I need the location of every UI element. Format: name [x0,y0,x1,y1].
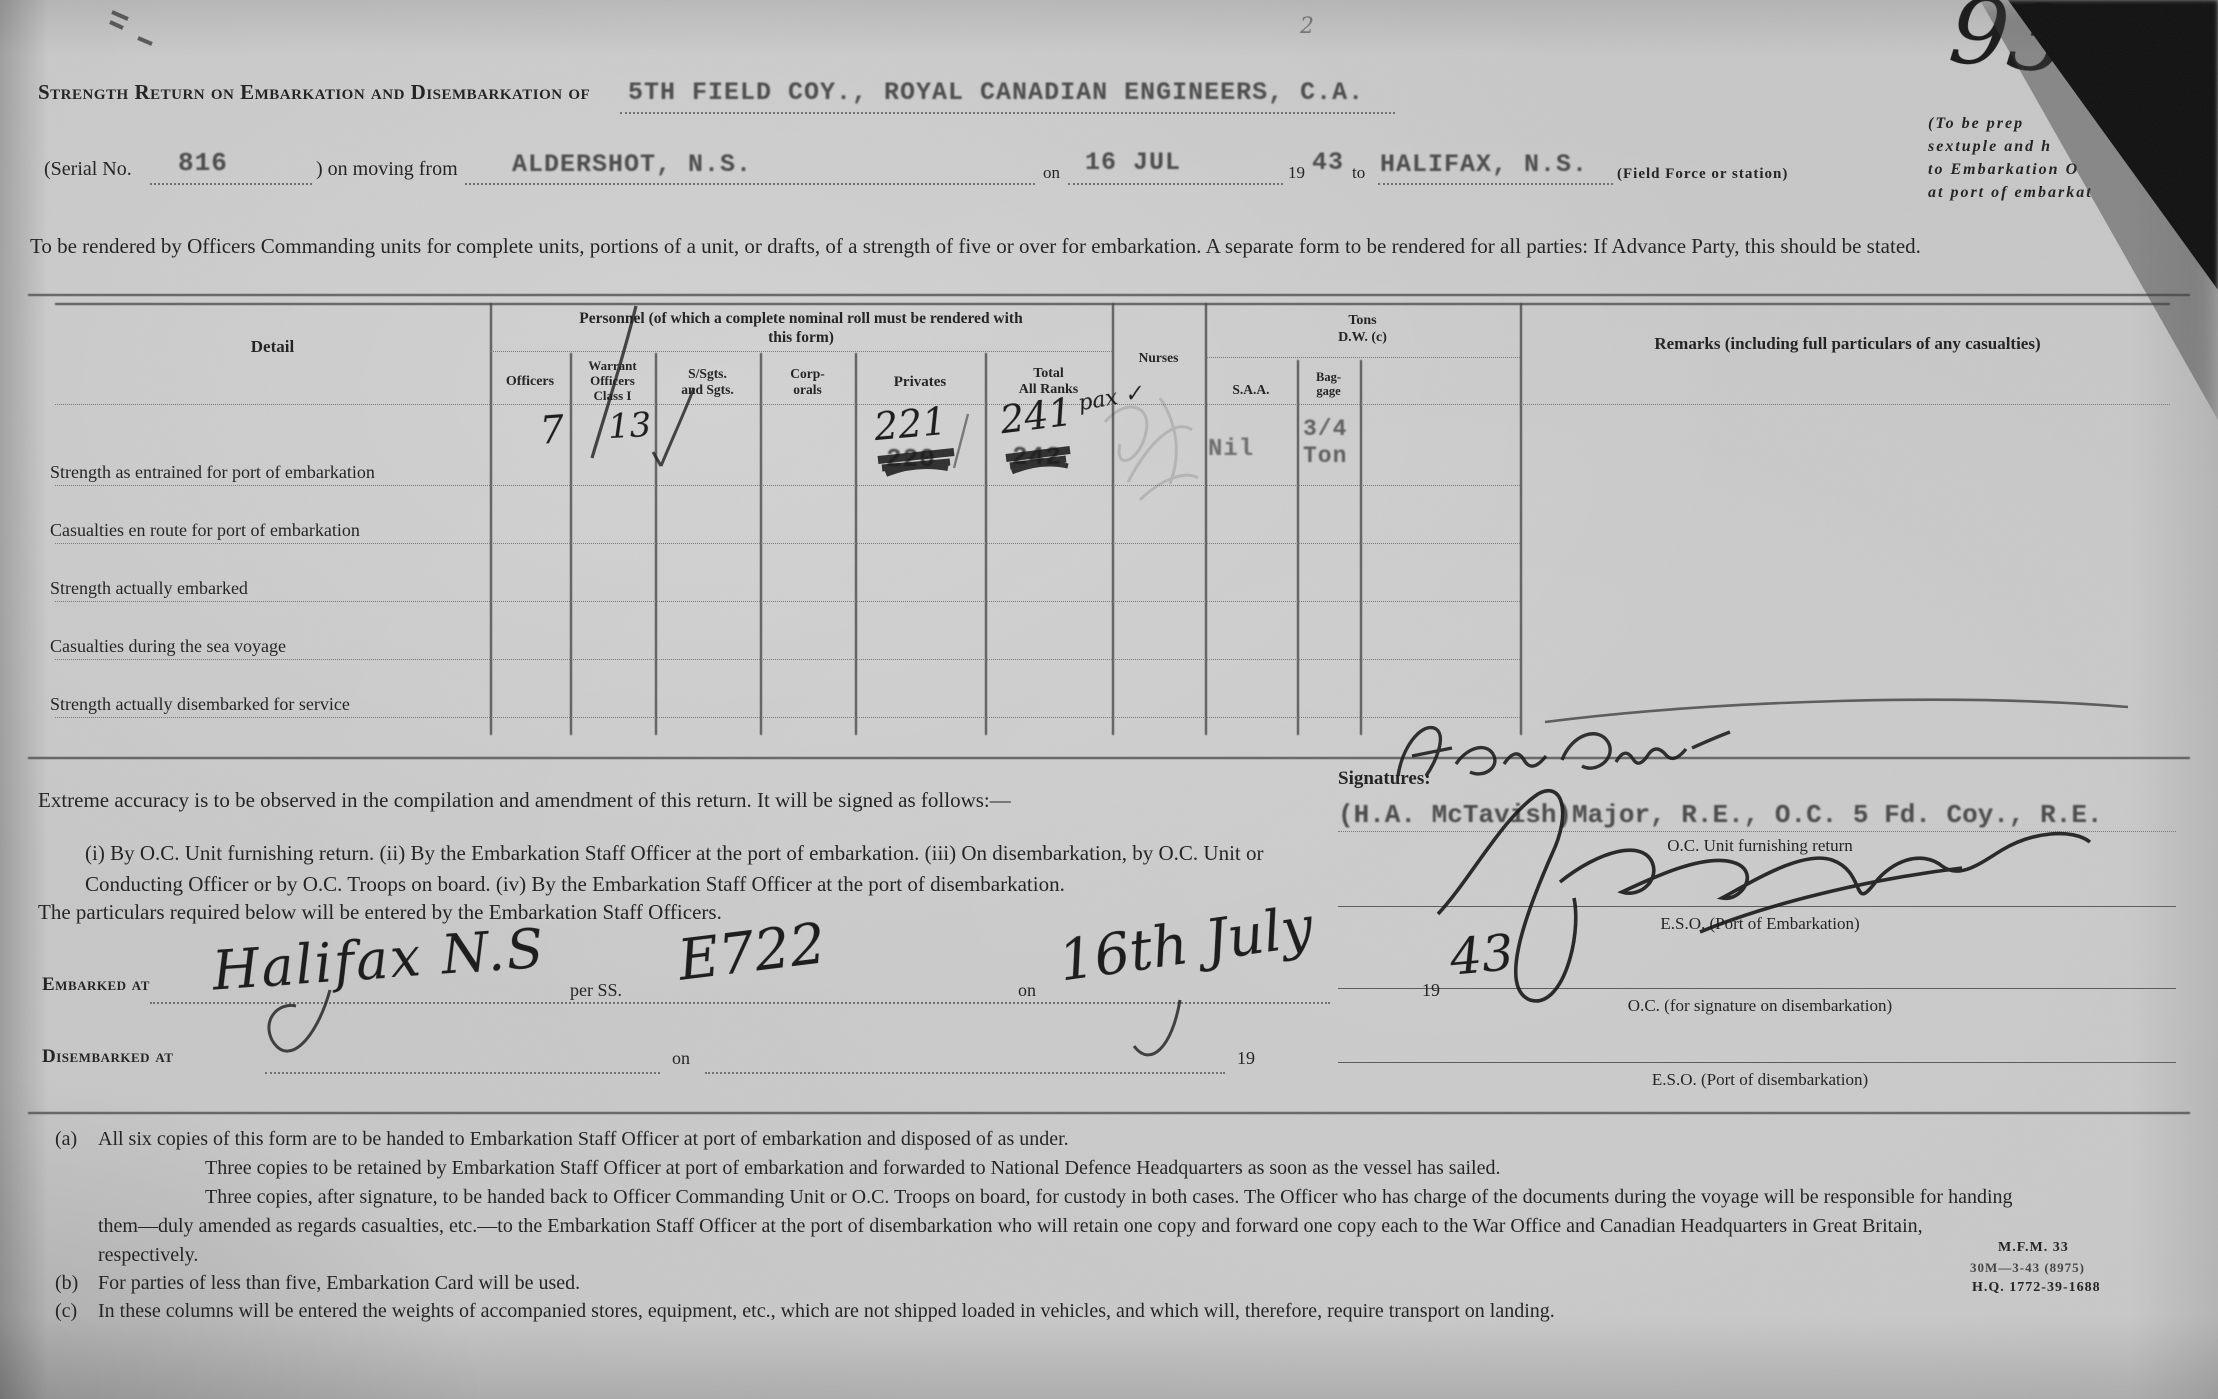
row-label: Strength as entrained for port of embark… [50,462,375,483]
mid-section-rule [28,757,2190,759]
table-line-v [1205,303,1207,735]
row-label: Casualties during the sea voyage [50,636,286,657]
signature-line [1338,906,2176,907]
check-mark [653,388,694,466]
handwriting-flourish [269,990,1180,1055]
table-line-v [1297,360,1299,735]
accuracy-items: (i) By O.C. Unit furnishing return. (ii)… [85,838,1320,900]
embarked-leader [150,1002,1330,1004]
row-label: Strength actually disembarked for servic… [50,694,350,715]
col-header-privates: Privates [855,374,985,391]
row-label: Casualties en route for port of embarkat… [50,520,360,541]
row-leader [55,717,1520,718]
table-line-v [985,353,987,735]
note-a-label: (a) [55,1128,77,1151]
table-line-v [655,353,657,735]
embark-year-prefix: 19 [1422,980,1440,1001]
table-line-v [855,353,857,735]
row-leader [55,543,1520,544]
signature-line [1338,1062,2176,1063]
row-leader [55,601,1520,602]
oc-name-typed: (H.A. McTavish)Major, R.E., O.C. 5 Fd. C… [1338,800,2103,830]
note-b-label: (b) [55,1272,78,1295]
officers-value-handwritten: 7 [538,407,565,453]
form-code: H.Q. 1772-39-1688 [1972,1280,2101,1296]
signature-line [1338,831,2176,832]
embarked-at-label: Embarked at [42,974,150,996]
move-year-typed: 43 [1312,148,1344,177]
to-label: to [1352,163,1365,183]
total-value-struck: 242 [1012,442,1062,472]
note-a-line: respectively. [98,1244,198,1267]
saa-value-typed: Nil [1208,436,1254,463]
note-c-label: (c) [55,1300,77,1323]
tons-underline [1205,357,1520,358]
scan-mark [110,12,152,44]
table-line-v [1112,303,1114,735]
note-a-line: Three copies to be retained by Embarkati… [205,1157,2205,1180]
col-header-corporals: Corp- orals [760,366,855,398]
form-title: Strength Return on Embarkation and Disem… [38,80,590,105]
to-place-typed: HALIFAX, N.S. [1380,150,1588,179]
table-line-v [570,353,572,735]
note-b-text: For parties of less than five, Embarkati… [98,1272,2098,1295]
table-line-v [490,303,492,735]
per-ss-label: per SS. [570,980,622,1001]
strength-return-form: Strength Return on Embarkation and Disem… [0,0,2218,1399]
signatures-label: Signatures: [1338,768,1431,790]
tally-slash [954,414,968,468]
col-header-remarks: Remarks (including full particulars of a… [1525,334,2170,354]
embarked-place-handwritten: Halifax N.S [210,916,547,1002]
ssgts-value-handwritten: 13 [607,405,652,447]
row-leader [55,659,1520,660]
row-label: Strength actually embarked [50,578,248,599]
from-leader [465,183,1035,185]
pencil-mark: 2 [1300,14,1314,39]
note-a-line: All six copies of this form are to be ha… [98,1128,2188,1151]
col-header-nurses: Nurses [1112,350,1205,366]
year-prefix: 19 [1288,163,1305,183]
accuracy-paragraph: Extreme accuracy is to be observed in th… [38,786,1313,815]
pen-flourish [1545,700,2128,722]
disembarked-leader-1 [265,1072,660,1074]
move-date-typed: 16 JUL [1085,148,1181,177]
oc-disembark-label: O.C. (for signature on disembarkation) [1440,996,2080,1016]
moving-from-label: ) on moving from [316,158,458,181]
bottom-section-rule [28,1112,2190,1114]
handwritten-signature-oc [1398,728,1730,776]
col-header-baggage: Bag- gage [1297,370,1360,398]
eso-disembark-label: E.S.O. (Port of disembarkation) [1440,1070,2080,1090]
disembarked-at-label: Disembarked at [42,1046,173,1068]
table-line-v [760,353,762,735]
col-header-ssgts: S/Sgts. and Sgts. [655,366,760,398]
serial-value-typed: 816 [178,148,228,178]
table-line-v [1520,303,1522,735]
personnel-group-header: Personnel (of which a complete nominal r… [492,309,1110,347]
col-header-detail: Detail [55,337,490,357]
disembark-year-prefix: 19 [1237,1048,1255,1069]
baggage-value-typed: 3/4 Ton [1303,416,1347,470]
embark-year-handwritten: 43 [1448,923,1516,986]
section-rule-top [28,294,2190,296]
date-leader [1068,183,1283,185]
serial-label: (Serial No. [44,158,132,181]
form-code: 30M—3-43 (8975) [1970,1260,2085,1276]
on-label: on [1043,163,1060,183]
row-leader [55,485,1520,486]
col-header-saa: S.A.A. [1205,382,1297,398]
table-line-v [1360,360,1362,735]
station-note: (Field Force or station) [1617,166,1788,183]
total-value-handwritten: 241 [998,390,1075,443]
eso-embark-label: E.S.O. (Port of Embarkation) [1440,914,2080,934]
from-place-typed: ALDERSHOT, N.S. [512,150,752,179]
privates-value-handwritten: 221 [872,399,948,449]
disembarked-leader-2 [705,1072,1225,1074]
col-header-warrant-officers: Warrant Officers Class I [570,358,655,403]
serial-leader [150,183,312,185]
instructions-paragraph: To be rendered by Officers Commanding un… [30,232,2182,261]
unit-leader-line [620,112,1395,114]
col-header-officers: Officers [490,374,570,390]
note-c-text: In these columns will be entered the wei… [98,1300,2198,1323]
signature-line [1338,988,2176,989]
disembarked-on-label: on [672,1048,690,1069]
embarked-on-label: on [1018,980,1036,1001]
privates-value-struck: 220 [886,444,936,474]
note-a-line: them—duly amended as regards casualties,… [98,1215,2198,1238]
unit-name-typed: 5TH FIELD COY., ROYAL CANADIAN ENGINEERS… [628,78,1364,107]
oc-unit-label: O.C. Unit furnishing return [1440,836,2080,856]
to-leader [1378,183,1613,185]
note-a-line: Three copies, after signature, to be han… [205,1186,2205,1209]
personnel-underline [490,351,1112,352]
form-code: M.F.M. 33 [1998,1240,2069,1256]
tons-group-header: Tons D.W. (c) [1205,312,1520,346]
